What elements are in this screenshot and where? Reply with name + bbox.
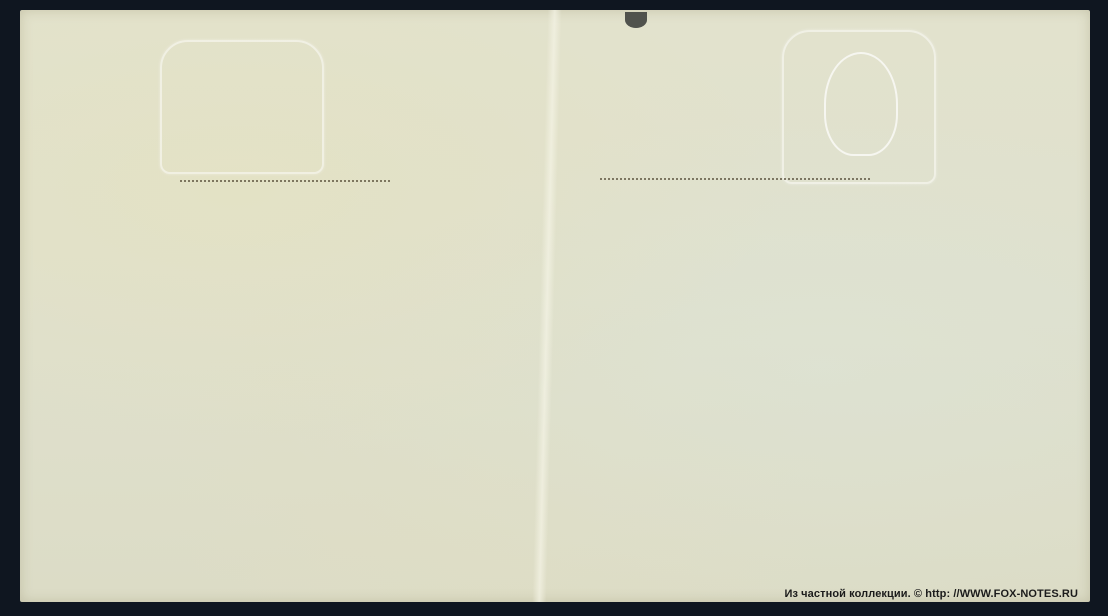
- fold-crease: [532, 10, 562, 602]
- monogram-icon: [824, 52, 898, 156]
- dotted-line-left: [180, 180, 390, 182]
- banknote-reverse: [20, 10, 1090, 602]
- ink-stain: [625, 12, 647, 28]
- dotted-line-right: [600, 178, 870, 180]
- watermark-right: [782, 30, 936, 184]
- copyright-caption: Из частной коллекции. © http: //WWW.FOX-…: [784, 588, 1078, 600]
- watermark-left: [160, 40, 324, 174]
